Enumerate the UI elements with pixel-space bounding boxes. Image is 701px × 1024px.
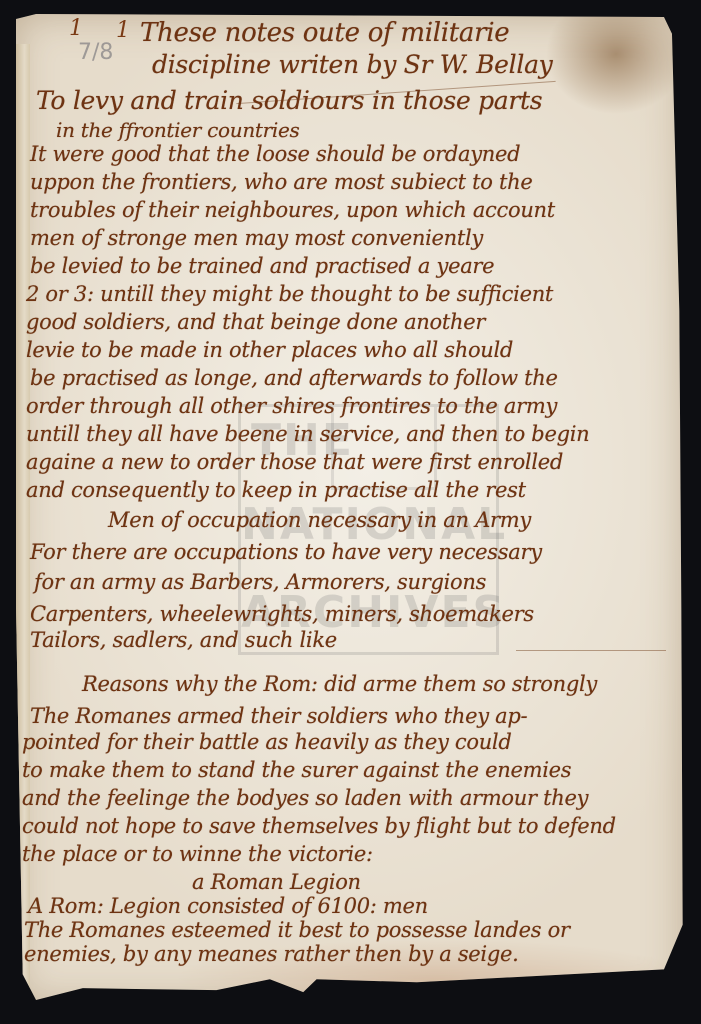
manuscript-page: THE NATIONAL ARCHIVES 1 1 7/8 These note… xyxy=(16,14,684,1004)
folio-mark-left: 1 xyxy=(69,16,83,41)
body-line: men of stronge men may most conveniently xyxy=(30,226,483,250)
body-line: The Romanes armed their soldiers who the… xyxy=(30,704,527,728)
body-line: uppon the frontiers, who are most subiec… xyxy=(30,170,533,194)
body-line: againe a new to order those that were fi… xyxy=(26,450,563,474)
body-line: enemies, by any meanes rather then by a … xyxy=(24,942,519,966)
body-line: The Romanes esteemed it best to possesse… xyxy=(24,918,570,942)
body-line: order through all other shires frontires… xyxy=(26,394,557,418)
body-line: Tailors, sadlers, and such like xyxy=(30,628,337,652)
body-line: the place or to winne the victorie: xyxy=(22,842,373,866)
body-line: A Rom: Legion consisted of 6100: men xyxy=(28,894,428,918)
body-line: and the feelinge the bodyes so laden wit… xyxy=(22,786,588,810)
section-title: Men of occupation necessary in an Army xyxy=(108,508,531,532)
body-line: to make them to stand the surer against … xyxy=(22,758,571,782)
body-line: be levied to be trained and practised a … xyxy=(30,254,494,278)
body-line: levie to be made in other places who all… xyxy=(26,338,513,362)
body-line: For there are occupations to have very n… xyxy=(30,540,542,564)
folio-mark-right: 1 xyxy=(116,18,130,43)
heading-line-1: These notes oute of militarie xyxy=(140,18,509,48)
body-line: untill they all have beene in service, a… xyxy=(26,422,589,446)
body-line: troubles of their neighboures, upon whic… xyxy=(30,198,555,222)
body-line: could not hope to save themselves by fli… xyxy=(22,814,616,838)
body-line: good soldiers, and that beinge done anot… xyxy=(26,310,485,334)
body-line: To levy and train soldiours in those par… xyxy=(36,86,542,115)
heading-line-2: discipline writen by Sr W. Bellay xyxy=(152,50,553,79)
body-line: pointed for their battle as heavily as t… xyxy=(22,730,512,754)
body-line: for an army as Barbers, Armorers, surgio… xyxy=(34,570,486,594)
body-line: It were good that the loose should be or… xyxy=(30,142,520,166)
body-line: be practised as longe, and afterwards to… xyxy=(30,366,558,390)
body-line: 2 or 3: untill they might be thought to … xyxy=(26,282,553,306)
body-line: Carpenters, wheelewrights, miners, shoem… xyxy=(30,602,534,626)
section-title: Reasons why the Rom: did arme them so st… xyxy=(82,672,597,696)
pencil-folio-number: 7/8 xyxy=(78,40,113,65)
section-title: a Roman Legion xyxy=(192,870,361,894)
section-end-stroke xyxy=(516,650,666,651)
body-line: and consequently to keep in practise all… xyxy=(26,478,526,502)
body-line: in the ffrontier countries xyxy=(56,118,300,142)
